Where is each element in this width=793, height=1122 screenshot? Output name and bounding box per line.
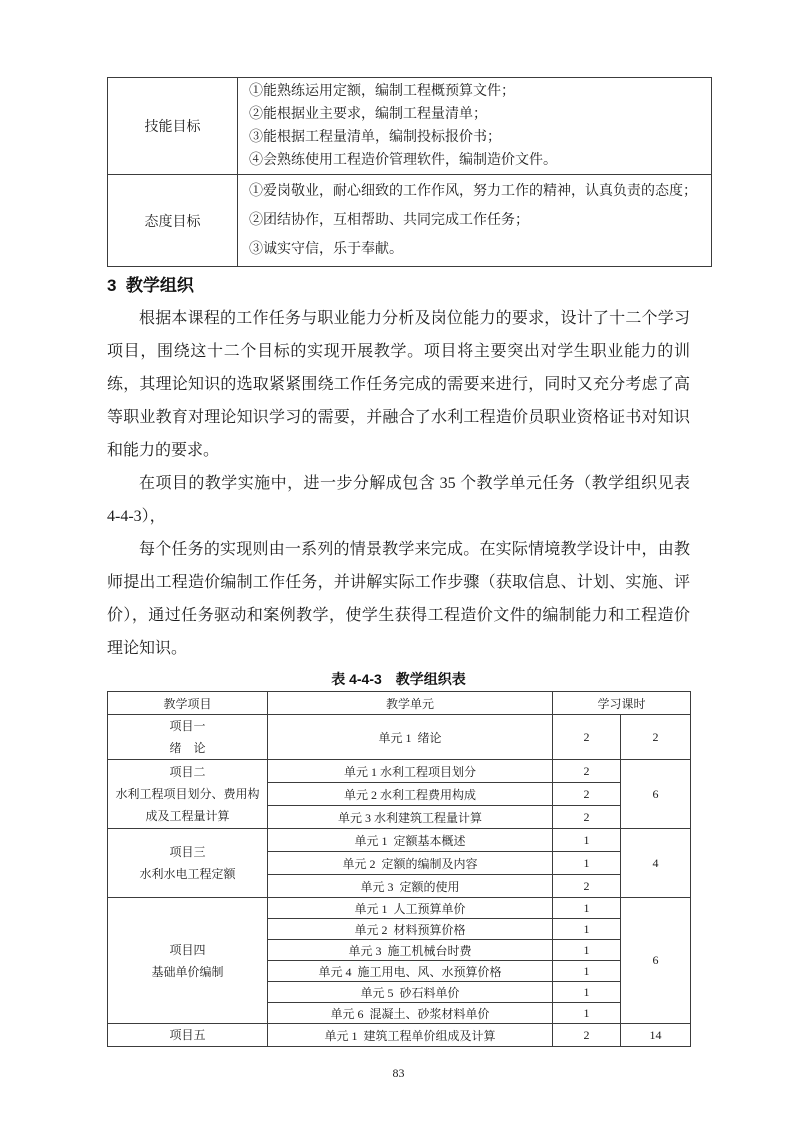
section-paragraphs: 根据本课程的工作任务与职业能力分析及岗位能力的要求，设计了十二个学习项目，围绕这…	[107, 302, 690, 665]
teaching-organization-table: 教学项目 教学单元 学习课时 项目一 绪 论单元 1 绪论22项目二 水利工程项…	[107, 691, 691, 1047]
unit-hours-cell: 1	[553, 829, 621, 852]
project-name-cell: 项目二 水利工程项目划分、费用构 成及工程量计算	[108, 760, 268, 829]
unit-hours-cell: 2	[553, 1024, 621, 1047]
project-total-hours-cell: 6	[621, 898, 691, 1024]
section-heading: 3 教学组织	[107, 275, 690, 297]
column-header-unit: 教学单元	[268, 692, 553, 715]
unit-name-cell: 单元 3 施工机械台时费	[268, 940, 553, 961]
objective-item: ②能根据业主要求，编制工程量清单；	[249, 103, 705, 126]
body-paragraph: 根据本课程的工作任务与职业能力分析及岗位能力的要求，设计了十二个学习项目，围绕这…	[107, 302, 690, 467]
org-table-row: 项目四 基础单价编制单元 1 人工预算单价16	[108, 898, 691, 919]
org-table-row: 项目三 水利水电工程定额单元 1 定额基本概述14	[108, 829, 691, 852]
objective-item: ②团结协作，互相帮助、共同完成工作任务；	[249, 206, 705, 235]
unit-name-cell: 单元 2 材料预算价格	[268, 919, 553, 940]
project-name-cell: 项目四 基础单价编制	[108, 898, 268, 1024]
objectives-row: 技能目标①能熟练运用定额，编制工程概预算文件；②能根据业主要求，编制工程量清单；…	[108, 78, 712, 175]
objective-item: ③能根据工程量清单，编制投标报价书；	[249, 126, 705, 149]
column-header-project: 教学项目	[108, 692, 268, 715]
unit-hours-cell: 2	[553, 875, 621, 898]
unit-name-cell: 单元 1 水利工程项目划分	[268, 760, 553, 783]
column-header-hours: 学习课时	[553, 692, 691, 715]
org-table-body: 项目一 绪 论单元 1 绪论22项目二 水利工程项目划分、费用构 成及工程量计算…	[108, 715, 691, 1047]
objective-items: ①爱岗敬业，耐心细致的工作作风，努力工作的精神，认真负责的态度；②团结协作，互相…	[238, 175, 712, 267]
project-total-hours-cell: 4	[621, 829, 691, 898]
objective-label: 态度目标	[108, 175, 238, 267]
document-page: 技能目标①能熟练运用定额，编制工程概预算文件；②能根据业主要求，编制工程量清单；…	[0, 0, 793, 1122]
org-table-row: 项目五单元 1 建筑工程单价组成及计算214	[108, 1024, 691, 1047]
unit-name-cell: 单元 1 绪论	[268, 715, 553, 760]
unit-hours-cell: 1	[553, 982, 621, 1003]
objectives-row: 态度目标①爱岗敬业，耐心细致的工作作风，努力工作的精神，认真负责的态度；②团结协…	[108, 175, 712, 267]
unit-hours-cell: 1	[553, 919, 621, 940]
unit-hours-cell: 2	[553, 760, 621, 783]
unit-name-cell: 单元 3 水利建筑工程量计算	[268, 806, 553, 829]
body-paragraph: 在项目的教学实施中，进一步分解成包含 35 个教学单元任务（教学组织见表 4-4…	[107, 467, 690, 533]
unit-name-cell: 单元 1 人工预算单价	[268, 898, 553, 919]
objective-item: ④会熟练使用工程造价管理软件，编制造价文件。	[249, 149, 705, 172]
unit-name-cell: 单元 3 定额的使用	[268, 875, 553, 898]
objective-item: ①爱岗敬业，耐心细致的工作作风，努力工作的精神，认真负责的态度；	[249, 177, 705, 206]
objectives-table: 技能目标①能熟练运用定额，编制工程概预算文件；②能根据业主要求，编制工程量清单；…	[107, 77, 712, 267]
project-name-cell: 项目三 水利水电工程定额	[108, 829, 268, 898]
org-table-head: 教学项目 教学单元 学习课时	[108, 692, 691, 715]
objectives-table-body: 技能目标①能熟练运用定额，编制工程概预算文件；②能根据业主要求，编制工程量清单；…	[108, 78, 712, 267]
org-table-row: 项目二 水利工程项目划分、费用构 成及工程量计算单元 1 水利工程项目划分26	[108, 760, 691, 783]
unit-hours-cell: 1	[553, 852, 621, 875]
objective-item: ③诚实守信，乐于奉献。	[249, 235, 705, 264]
project-total-hours-cell: 2	[621, 715, 691, 760]
unit-hours-cell: 1	[553, 961, 621, 982]
project-total-hours-cell: 14	[621, 1024, 691, 1047]
unit-name-cell: 单元 1 定额基本概述	[268, 829, 553, 852]
unit-name-cell: 单元 2 水利工程费用构成	[268, 783, 553, 806]
unit-name-cell: 单元 4 施工用电、风、水预算价格	[268, 961, 553, 982]
unit-hours-cell: 1	[553, 940, 621, 961]
unit-hours-cell: 1	[553, 898, 621, 919]
objective-label: 技能目标	[108, 78, 238, 175]
unit-name-cell: 单元 2 定额的编制及内容	[268, 852, 553, 875]
objective-item: ①能熟练运用定额，编制工程概预算文件；	[249, 80, 705, 103]
page-number: 83	[107, 1065, 690, 1081]
project-name-cell: 项目一 绪 论	[108, 715, 268, 760]
unit-name-cell: 单元 1 建筑工程单价组成及计算	[268, 1024, 553, 1047]
project-name-cell: 项目五	[108, 1024, 268, 1047]
objective-items: ①能熟练运用定额，编制工程概预算文件；②能根据业主要求，编制工程量清单；③能根据…	[238, 78, 712, 175]
unit-hours-cell: 2	[553, 806, 621, 829]
unit-hours-cell: 2	[553, 715, 621, 760]
unit-name-cell: 单元 5 砂石料单价	[268, 982, 553, 1003]
unit-hours-cell: 2	[553, 783, 621, 806]
org-table-caption: 表 4-4-3 教学组织表	[107, 669, 690, 689]
unit-hours-cell: 1	[553, 1003, 621, 1024]
body-paragraph: 每个任务的实现则由一系列的情景教学来完成。在实际情境教学设计中，由教师提出工程造…	[107, 533, 690, 665]
project-total-hours-cell: 6	[621, 760, 691, 829]
org-table-row: 项目一 绪 论单元 1 绪论22	[108, 715, 691, 760]
org-table-header-row: 教学项目 教学单元 学习课时	[108, 692, 691, 715]
unit-name-cell: 单元 6 混凝土、砂浆材料单价	[268, 1003, 553, 1024]
